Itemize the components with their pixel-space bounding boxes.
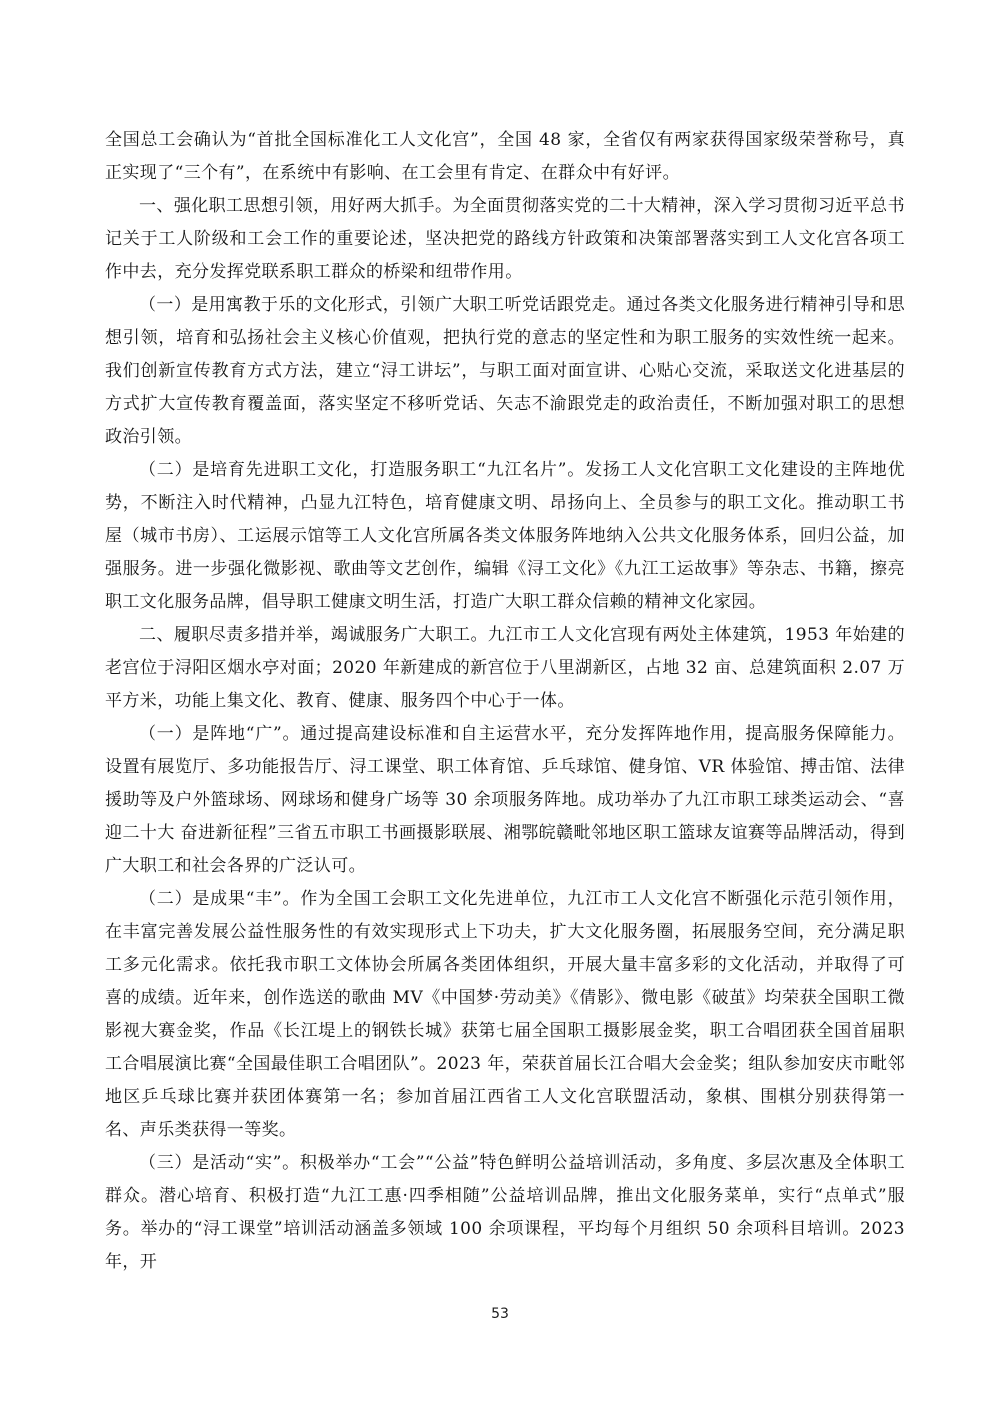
paragraph-section-2-item-2: （二）是成果“丰”。作为全国工会职工文化先进单位，九江市工人文化宫不断强化示范引… [105,883,905,1147]
paragraph-section-2-item-1: （一）是阵地“广”。通过提高建设标准和自主运营水平，充分发挥阵地作用，提高服务保… [105,718,905,883]
paragraph-section-1-item-1: （一）是用寓教于乐的文化形式，引领广大职工听党话跟党走。通过各类文化服务进行精神… [105,289,905,454]
paragraph-section-2: 二、履职尽责多措并举，竭诚服务广大职工。九江市工人文化宫现有两处主体建筑，195… [105,619,905,718]
page-number: 53 [0,1306,1000,1322]
paragraph-section-2-item-3: （三）是活动“实”。积极举办“工会”“公益”特色鲜明公益培训活动，多角度、多层次… [105,1147,905,1279]
paragraph-section-1-item-2: （二）是培育先进职工文化，打造服务职工“九江名片”。发扬工人文化宫职工文化建设的… [105,454,905,619]
document-body: 全国总工会确认为“首批全国标准化工人文化宫”，全国 48 家，全省仅有两家获得国… [105,124,905,1279]
paragraph-section-1: 一、强化职工思想引领，用好两大抓手。为全面贯彻落实党的二十大精神，深入学习贯彻习… [105,190,905,289]
document-page: 全国总工会确认为“首批全国标准化工人文化宫”，全国 48 家，全省仅有两家获得国… [0,0,1000,1414]
paragraph-continuation: 全国总工会确认为“首批全国标准化工人文化宫”，全国 48 家，全省仅有两家获得国… [105,124,905,190]
